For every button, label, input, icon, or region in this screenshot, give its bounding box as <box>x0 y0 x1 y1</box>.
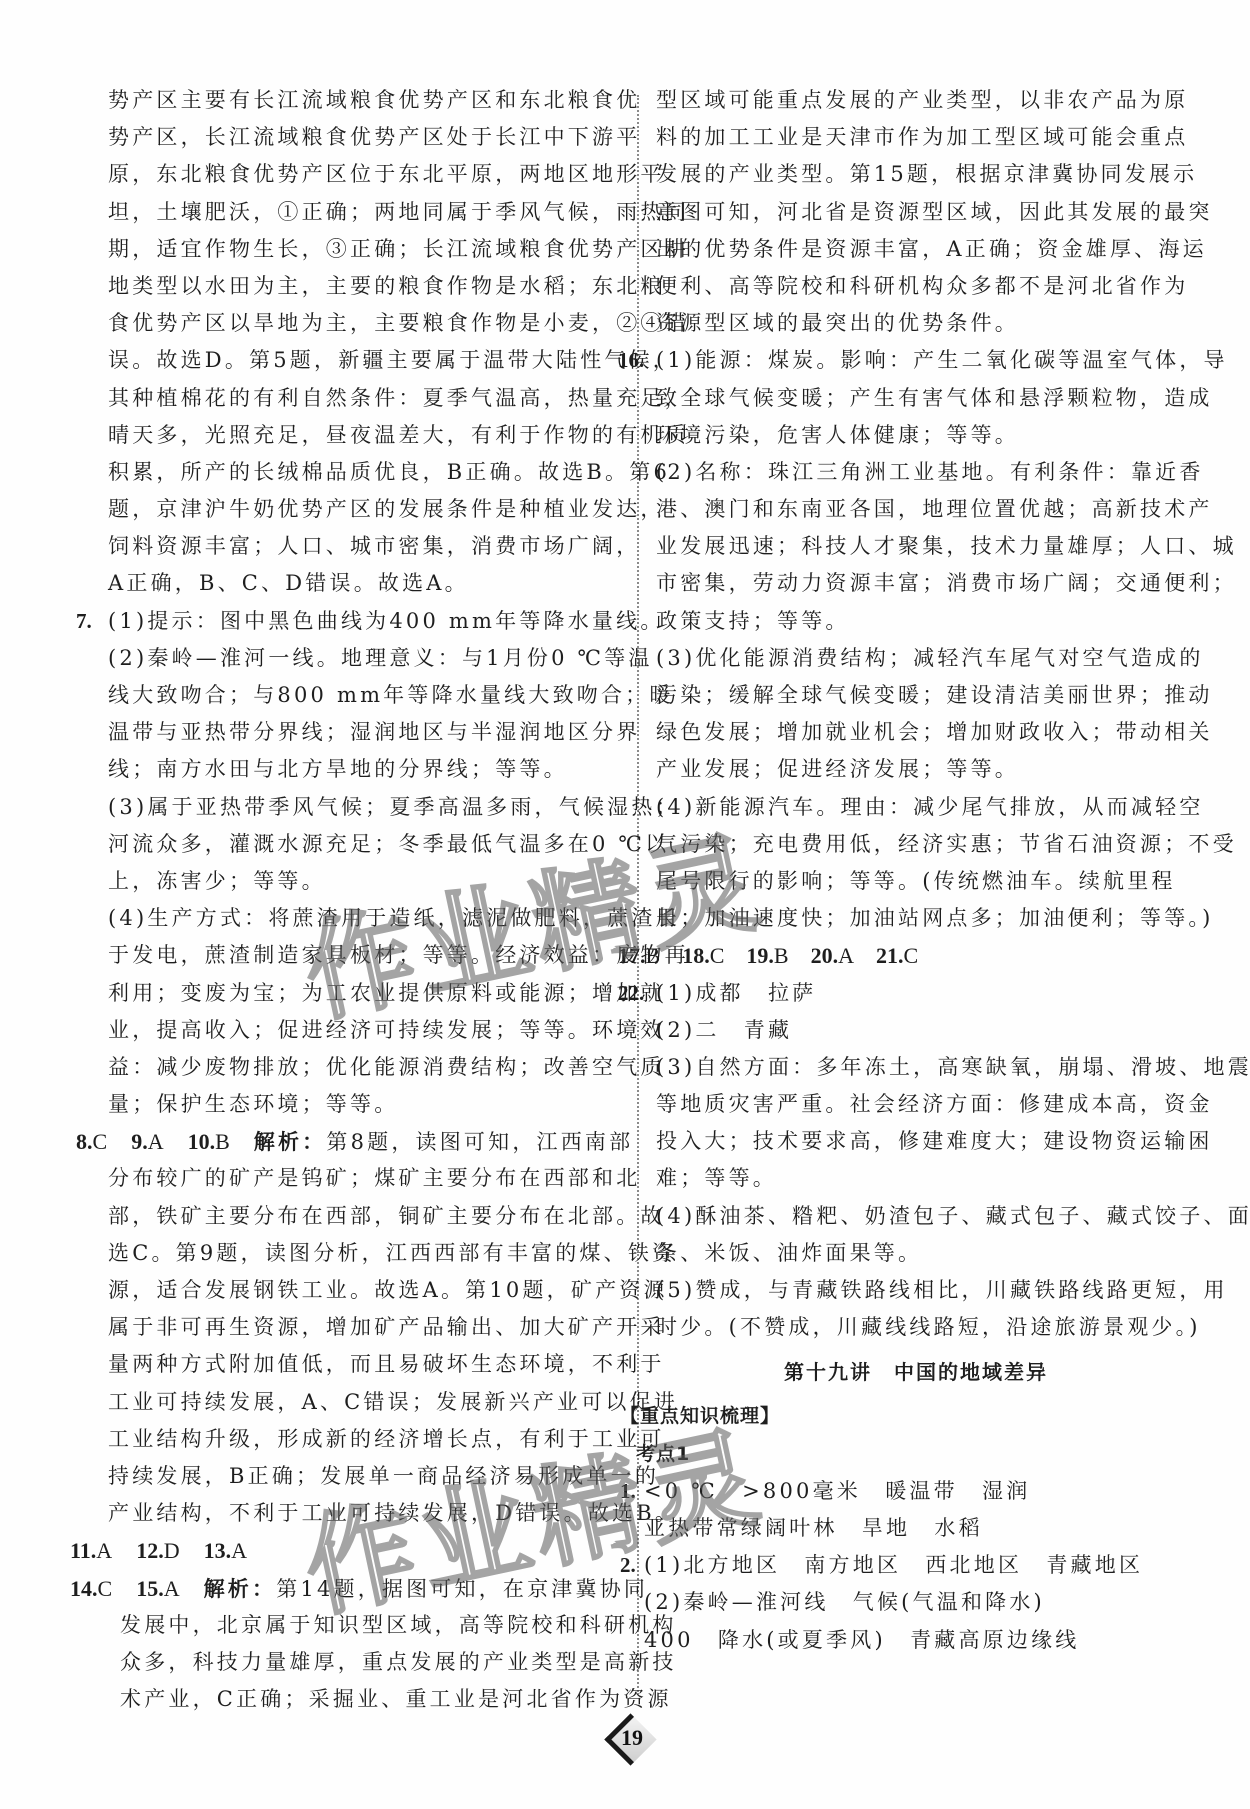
text-line: 晴天多，光照充足，昼夜温差大，有利于作物的有机质 <box>108 417 628 454</box>
answer-9: 9.A <box>131 1129 163 1154</box>
answer-12: 12.D <box>136 1538 179 1563</box>
right-column: 型区域可能重点发展的产业类型，以非农产品为原 料的加工工业是天津市作为加工型区域… <box>656 82 1176 1659</box>
text-line: 等地质灾害严重。社会经济方面：修建成本高，资金 <box>656 1086 1176 1123</box>
text-line: 污染；缓解全球气候变暖；建设清洁美丽世界；推动 <box>656 677 1176 714</box>
text-line: (2)名称：珠江三角洲工业基地。有利条件：靠近香 <box>656 454 1176 491</box>
text-line: (3)属于亚热带季风气候；夏季高温多雨，气候湿热； <box>108 789 628 826</box>
item-number: 2. <box>620 1547 636 1584</box>
answer-15: 15.A <box>136 1576 179 1601</box>
answer-8: 8.C <box>76 1129 107 1154</box>
text-line: 于发电，蔗渣制造家具板材；等等。经济效益：废物再 <box>108 937 628 974</box>
text-line: 第8题，读图可知，江西南部 <box>326 1130 633 1154</box>
text-line: 积累，所产的长绒棉品质优良，B正确。故选B。第6 <box>108 454 628 491</box>
answer-line: 8.C9.A10.B解析：第8题，读图可知，江西南部 <box>76 1123 628 1160</box>
text-line: 出的优势条件是资源丰富，A正确；资金雄厚、海运 <box>656 231 1176 268</box>
text-line: 饲料资源丰富；人口、城市密集，消费市场广阔， <box>108 528 628 565</box>
text-line: 绿色发展；增加就业机会；增加财政收入；带动相关 <box>656 714 1176 751</box>
text-line: 尾号限行的影响；等等。(传统燃油车。续航里程 <box>656 863 1176 900</box>
text-line: 气污染；充电费用低，经济实惠；节省石油资源；不受 <box>656 826 1176 863</box>
text-line: 分布较广的矿产是钨矿；煤矿主要分布在西部和北 <box>108 1160 628 1197</box>
text-line: 料的加工工业是天津市作为加工型区域可能会重点 <box>656 119 1176 156</box>
q14-15-explanation-continued: 型区域可能重点发展的产业类型，以非农产品为原 料的加工工业是天津市作为加工型区域… <box>656 82 1176 342</box>
text-line: 发展的产业类型。第15题，根据京津冀协同发展示 <box>656 156 1176 193</box>
topic-heading: 考点1 <box>636 1436 1176 1473</box>
answer-18: 18.C <box>682 943 724 968</box>
text-line: 400 降水(或夏季风) 青藏高原边缘线 <box>644 1622 1176 1659</box>
text-line: 型区域可能重点发展的产业类型，以非农产品为原 <box>656 82 1176 119</box>
text-line: (3)优化能源消费结构；减轻汽车尾气对空气造成的 <box>656 640 1176 677</box>
text-line: (2)秦岭—淮河线 气候(气温和降水) <box>644 1584 1176 1621</box>
question-number: 22. <box>618 975 644 1012</box>
text-line: 源，适合发展钢铁工业。故选A。第10题，矿产资源 <box>108 1272 628 1309</box>
text-line: 地类型以水田为主，主要的粮食作物是水稻；东北粮 <box>108 268 628 305</box>
knowledge-item-2: 2. (1)北方地区 南方地区 西北地区 青藏地区 (2)秦岭—淮河线 气候(气… <box>656 1547 1176 1659</box>
text-line: 利用；变废为宝；为工农业提供原料或能源；增加就 <box>108 975 628 1012</box>
text-line: 原，东北粮食优势产区位于东北平原，两地区地形平 <box>108 156 628 193</box>
text-line: 难；等等。 <box>656 1160 1176 1197</box>
text-line: 期，适宜作物生长，③正确；长江流域粮食优势产区耕 <box>108 231 628 268</box>
text-line: 资源型区域的最突出的优势条件。 <box>656 305 1176 342</box>
knowledge-item-1: 1. <0 ℃ >800毫米 暖温带 湿润 亚热带常绿阔叶林 旱地 水稻 <box>656 1473 1176 1547</box>
text-line: 上，冻害少；等等。 <box>108 863 628 900</box>
text-line: 持续发展，B正确；发展单一商品经济易形成单一的 <box>108 1458 628 1495</box>
lecture-title: 第十九讲 中国的地域差异 <box>656 1354 1176 1390</box>
text-line: 势产区，长江流域粮食优势产区处于长江中下游平 <box>108 119 628 156</box>
text-line: 长；加油速度快；加油站网点多；加油便利；等等。) <box>656 900 1176 937</box>
questions-14-15: 14.C15.A解析：第14题，据图可知，在京津冀协同 发展中，北京属于知识型区… <box>108 1570 628 1719</box>
text-line: (2)秦岭—淮河一线。地理意义：与1月份0 ℃等温 <box>108 640 628 677</box>
question-16: 16. (1)能源：煤炭。影响：产生二氧化碳等温室气体，导 致全球气候变暖；产生… <box>656 342 1176 937</box>
text-line: 便利、高等院校和科研机构众多都不是河北省作为 <box>656 268 1176 305</box>
text-line: 量两种方式附加值低，而且易破坏生态环境，不利于 <box>108 1346 628 1383</box>
text-line: 线；南方水田与北方旱地的分界线；等等。 <box>108 751 628 788</box>
text-line: (1)提示：图中黑色曲线为400 mm年等降水量线。 <box>108 603 628 640</box>
text-line: 业，提高收入；促进经济可持续发展；等等。环境效 <box>108 1012 628 1049</box>
text-line: (5)赞成，与青藏铁路线相比，川藏铁路线路更短，用 <box>656 1272 1176 1309</box>
page-number: 19 <box>606 1725 658 1751</box>
section-heading: 【重点知识梳理】 <box>620 1398 1176 1435</box>
text-line: 条、米饭、油炸面果等。 <box>656 1235 1176 1272</box>
text-line: 产业结构，不利于工业可持续发展，D错误。故选B。 <box>108 1495 628 1532</box>
answer-key-page: 势产区主要有长江流域粮食优势产区和东北粮食优 势产区，长江流域粮食优势产区处于长… <box>0 0 1250 1809</box>
analysis-label: 解析： <box>204 1577 277 1601</box>
text-line: 众多，科技力量雄厚，重点发展的产业类型是高新技 <box>108 1644 628 1681</box>
text-line: 选C。第9题，读图分析，江西西部有丰富的煤、铁资 <box>108 1235 628 1272</box>
text-line: 市密集，劳动力资源丰富；消费市场广阔；交通便利； <box>656 565 1176 602</box>
text-line: (4)酥油茶、糌粑、奶渣包子、藏式包子、藏式饺子、面 <box>656 1198 1176 1235</box>
answer-10: 10.B <box>188 1129 230 1154</box>
item-number: 1. <box>620 1473 636 1510</box>
text-line: 工业可持续发展，A、C错误；发展新兴产业可以促进 <box>108 1384 628 1421</box>
text-line: 亚热带常绿阔叶林 旱地 水稻 <box>644 1510 1176 1547</box>
text-line: 河流众多，灌溉水源充足；冬季最低气温多在0 ℃以 <box>108 826 628 863</box>
text-line: 产业发展；促进经济发展；等等。 <box>656 751 1176 788</box>
page-number-badge: 19 <box>606 1715 652 1761</box>
text-line: 发展中，北京属于知识型区域，高等院校和科研机构 <box>108 1607 628 1644</box>
text-line: 误。故选D。第5题，新疆主要属于温带大陆性气候， <box>108 342 628 379</box>
text-line: 益：减少废物排放；优化能源消费结构；改善空气质 <box>108 1049 628 1086</box>
answer-line: 14.C15.A解析：第14题，据图可知，在京津冀协同 <box>70 1570 628 1607</box>
text-line: (2)二 青藏 <box>656 1012 1176 1049</box>
text-line: 温带与亚热带分界线；湿润地区与半湿润地区分界 <box>108 714 628 751</box>
text-line: (4)新能源汽车。理由：减少尾气排放，从而减轻空 <box>656 789 1176 826</box>
text-line: (4)生产方式：将蔗渣用于造纸，滤泥做肥料，蔗渣用 <box>108 900 628 937</box>
q4-6-explanation-continued: 势产区主要有长江流域粮食优势产区和东北粮食优 势产区，长江流域粮食优势产区处于长… <box>108 82 628 603</box>
text-line: (3)自然方面：多年冻土，高寒缺氧，崩塌、滑坡、地震 <box>656 1049 1176 1086</box>
text-line: 第14题，据图可知，在京津冀协同 <box>276 1577 648 1601</box>
text-line: 线大致吻合；与800 mm年等降水量线大致吻合；暖 <box>108 677 628 714</box>
answer-21: 21.C <box>876 943 918 968</box>
text-line: 环境污染，危害人体健康；等等。 <box>656 417 1176 454</box>
text-line: 港、澳门和东南亚各国，地理位置优越；高新技术产 <box>656 491 1176 528</box>
text-line: 致全球气候变暖；产生有害气体和悬浮颗粒物，造成 <box>656 380 1176 417</box>
answer-14: 14.C <box>70 1576 112 1601</box>
text-line: 食优势产区以旱地为主，主要粮食作物是小麦，②④错 <box>108 305 628 342</box>
question-number: 7. <box>76 603 92 640</box>
text-line: 工业结构升级，形成新的经济增长点，有利于工业可 <box>108 1421 628 1458</box>
answers-11-13: 11.A12.D13.A <box>70 1532 628 1569</box>
text-line: (1)成都 拉萨 <box>656 975 1176 1012</box>
text-line: 属于非可再生资源，增加矿产品输出、加大矿产开采 <box>108 1309 628 1346</box>
text-line: (1)能源：煤炭。影响：产生二氧化碳等温室气体，导 <box>656 342 1176 379</box>
answers-17-21: 17.B18.C19.B20.A21.C <box>618 937 1176 974</box>
text-line: 投入大；技术要求高，修建难度大；建设物资运输困 <box>656 1123 1176 1160</box>
text-line: 业发展迅速；科技人才聚集，技术力量雄厚；人口、城 <box>656 528 1176 565</box>
questions-8-10: 8.C9.A10.B解析：第8题，读图可知，江西南部 分布较广的矿产是钨矿；煤矿… <box>108 1123 628 1532</box>
text-line: 量；保护生态环境；等等。 <box>108 1086 628 1123</box>
text-line: 时少。(不赞成，川藏线线路短，沿途旅游景观少。) <box>656 1309 1176 1346</box>
answer-17: 17.B <box>618 943 660 968</box>
text-line: 政策支持；等等。 <box>656 603 1176 640</box>
text-line: 题，京津沪牛奶优势产区的发展条件是种植业发达， <box>108 491 628 528</box>
answer-13: 13.A <box>204 1538 247 1563</box>
question-22: 22. (1)成都 拉萨 (2)二 青藏 (3)自然方面：多年冻土，高寒缺氧，崩… <box>656 975 1176 1347</box>
left-column: 势产区主要有长江流域粮食优势产区和东北粮食优 势产区，长江流域粮食优势产区处于长… <box>108 82 628 1718</box>
text-line: 势产区主要有长江流域粮食优势产区和东北粮食优 <box>108 82 628 119</box>
text-line: 意图可知，河北省是资源型区域，因此其发展的最突 <box>656 194 1176 231</box>
text-line: (1)北方地区 南方地区 西北地区 青藏地区 <box>644 1547 1176 1584</box>
text-line: 术产业，C正确；采掘业、重工业是河北省作为资源 <box>108 1681 628 1718</box>
question-7: 7. (1)提示：图中黑色曲线为400 mm年等降水量线。 (2)秦岭—淮河一线… <box>108 603 628 1124</box>
analysis-label: 解析： <box>254 1130 327 1154</box>
answer-20: 20.A <box>811 943 854 968</box>
answer-19: 19.B <box>746 943 788 968</box>
text-line: <0 ℃ >800毫米 暖温带 湿润 <box>644 1473 1176 1510</box>
text-line: 其种植棉花的有利自然条件：夏季气温高，热量充足， <box>108 380 628 417</box>
text-line: A正确，B、C、D错误。故选A。 <box>108 565 628 602</box>
answer-11: 11.A <box>70 1538 112 1563</box>
text-line: 部，铁矿主要分布在西部，铜矿主要分布在北部。故 <box>108 1198 628 1235</box>
text-line: 坦，土壤肥沃，①正确；两地同属于季风气候，雨热同 <box>108 194 628 231</box>
question-number: 16. <box>618 342 644 379</box>
